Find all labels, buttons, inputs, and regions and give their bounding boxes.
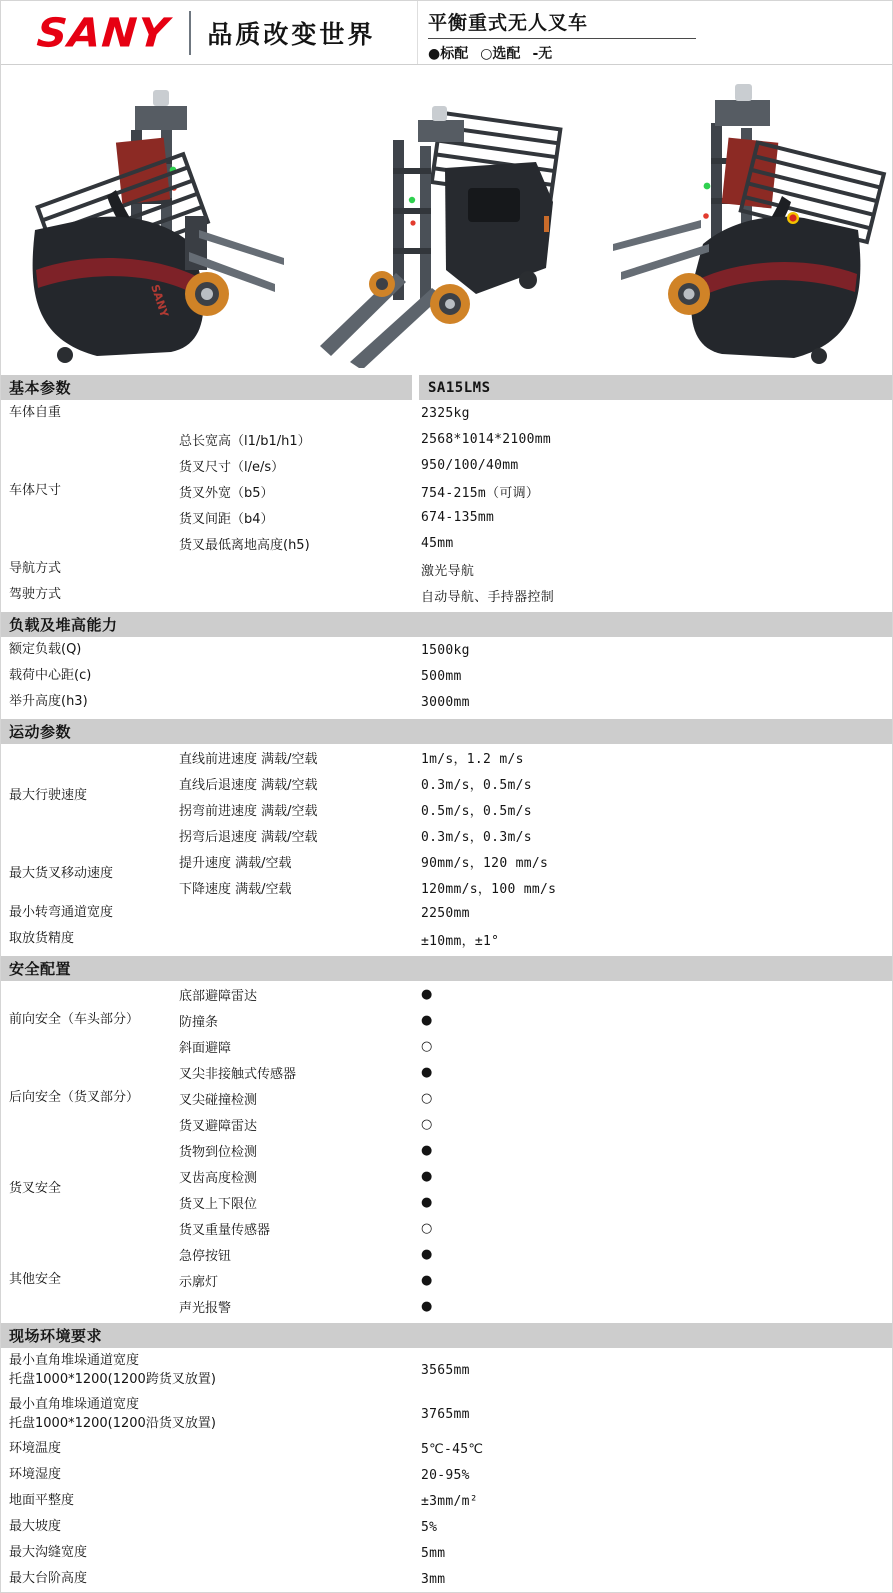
group-rows: 3mm (179, 1566, 892, 1592)
spec-group: 车体尺寸总长宽高（l1/b1/h1）2568*1014*2100mm货叉尺寸（l… (1, 426, 892, 556)
spec-sheet: SANY 品质改变世界 平衡重式无人叉车 ●标配 ○选配 -无 (0, 0, 893, 1593)
product-images: SANY (1, 65, 892, 371)
spec-group: 最小直角堆垛通道宽度 托盘1000*1200(1200沿货叉放置)3765mm (1, 1392, 892, 1436)
spec-row: 提升速度 满载/空载90mm/s，120 mm/s (179, 848, 892, 874)
group-rows: 急停按钮●示廓灯●声光报警● (179, 1241, 892, 1319)
spec-value: 3765mm (413, 1407, 892, 1422)
sub-label: 下降速度 满载/空载 (179, 878, 413, 897)
caster-wheel (57, 347, 73, 363)
group-label: 最小转弯通道宽度 (1, 900, 179, 926)
sub-label: 叉尖非接触式传感器 (179, 1063, 413, 1082)
spec-group: 载荷中心距(c)500mm (1, 663, 892, 689)
spec-value: 0.3m/s，0.5m/s (413, 774, 892, 793)
group-label: 驾驶方式 (1, 582, 179, 608)
spec-row: 激光导航 (179, 556, 892, 582)
group-rows: 叉尖非接触式传感器●叉尖碰撞检测○货叉避障雷达○ (179, 1059, 892, 1137)
group-label: 最大货叉移动速度 (1, 848, 179, 900)
availability-marker: ○ (413, 1039, 892, 1054)
spec-group: 环境湿度20-95% (1, 1462, 892, 1488)
group-label: 取放货精度 (1, 926, 179, 952)
section-band: 现场环境要求 (1, 1323, 892, 1348)
spec-group: 最大货叉移动速度提升速度 满载/空载90mm/s，120 mm/s下降速度 满载… (1, 848, 892, 900)
sany-logo: SANY (36, 13, 171, 53)
spec-group: 货叉安全货物到位检测●叉齿高度检测●货叉上下限位●货叉重量传感器○ (1, 1137, 892, 1241)
group-rows: 20-95% (179, 1462, 892, 1488)
spec-row: ±10mm，±1° (179, 926, 892, 952)
spec-value: ±10mm，±1° (413, 930, 892, 949)
spec-value: 950/100/40mm (413, 458, 892, 473)
availability-marker: ● (413, 1299, 892, 1314)
spec-group: 车体自重2325kg (1, 400, 892, 426)
sub-label: 货叉最低离地高度(h5) (179, 534, 413, 553)
group-rows: 5℃-45℃ (179, 1436, 892, 1462)
group-label: 最小直角堆垛通道宽度 托盘1000*1200(1200沿货叉放置) (1, 1392, 413, 1436)
spec-group: 地面平整度±3mm/m² (1, 1488, 892, 1514)
forklift-render-center (300, 68, 593, 368)
spec-row: 20-95% (179, 1462, 892, 1488)
spec-group: 举升高度(h3)3000mm (1, 689, 892, 715)
spec-row: 叉尖非接触式传感器● (179, 1059, 892, 1085)
sub-label: 拐弯后退速度 满载/空载 (179, 826, 413, 845)
spec-row: 500mm (179, 663, 892, 689)
spec-group: 后向安全（货叉部分）叉尖非接触式传感器●叉尖碰撞检测○货叉避障雷达○ (1, 1059, 892, 1137)
spec-row: 2250mm (179, 900, 892, 926)
spec-row: 3765mm (413, 1392, 892, 1436)
status-light-green (409, 197, 415, 203)
spec-row: 叉尖碰撞检测○ (179, 1085, 892, 1111)
sub-label: 急停按钮 (179, 1245, 413, 1264)
spec-value: 20-95% (413, 1468, 892, 1483)
spec-row: 5℃-45℃ (179, 1436, 892, 1462)
front-wheel-hub (376, 278, 388, 290)
spec-value: 3000mm (413, 695, 892, 710)
group-rows: 提升速度 满载/空载90mm/s，120 mm/s下降速度 满载/空载120mm… (179, 848, 892, 900)
group-rows: 5mm (179, 1540, 892, 1566)
spec-row: 直线前进速度 满载/空载1m/s，1.2 m/s (179, 744, 892, 770)
availability-marker: ● (413, 1195, 892, 1210)
spec-row: 3mm (179, 1566, 892, 1592)
caster-wheel (811, 348, 827, 364)
spec-value: 2325kg (413, 406, 892, 421)
page-header: SANY 品质改变世界 平衡重式无人叉车 ●标配 ○选配 -无 (1, 1, 892, 65)
spec-group: 额定负载(Q)1500kg (1, 637, 892, 663)
group-label: 举升高度(h3) (1, 689, 179, 715)
group-rows: 3000mm (179, 689, 892, 715)
product-title-area: 平衡重式无人叉车 ●标配 ○选配 -无 (418, 1, 892, 64)
legend-none: -无 (532, 43, 552, 63)
section-band: 运动参数 (1, 719, 892, 744)
sub-label: 底部避障雷达 (179, 985, 413, 1004)
spec-value: 5℃-45℃ (413, 1442, 892, 1457)
sub-label: 货叉避障雷达 (179, 1115, 413, 1134)
spec-value: 674-135mm (413, 510, 892, 525)
section-band: 负载及堆高能力 (1, 612, 892, 637)
sub-label: 货物到位检测 (179, 1141, 413, 1160)
side-marker (544, 216, 549, 232)
group-rows: 500mm (179, 663, 892, 689)
availability-marker: ● (413, 1273, 892, 1288)
spec-row: 货叉尺寸（l/e/s）950/100/40mm (179, 452, 892, 478)
spec-row: 货叉重量传感器○ (179, 1215, 892, 1241)
spec-group: 驾驶方式自动导航、手持器控制 (1, 582, 892, 608)
spec-row: 2325kg (179, 400, 892, 426)
group-rows: 2250mm (179, 900, 892, 926)
spec-group: 最大台阶高度3mm (1, 1566, 892, 1592)
section-title: 安全配置 (1, 958, 71, 979)
availability-marker: ● (413, 1143, 892, 1158)
sub-label: 直线后退速度 满载/空载 (179, 774, 413, 793)
sub-label: 拐弯前进速度 满载/空载 (179, 800, 413, 819)
spec-group: 其他安全急停按钮●示廓灯●声光报警● (1, 1241, 892, 1319)
spec-row: 货叉上下限位● (179, 1189, 892, 1215)
group-rows: ±3mm/m² (179, 1488, 892, 1514)
group-label: 其他安全 (1, 1241, 179, 1319)
availability-marker: ● (413, 1065, 892, 1080)
spec-row: 5mm (179, 1540, 892, 1566)
spec-row: 自动导航、手持器控制 (179, 582, 892, 608)
legend-optional: ○选配 (480, 43, 520, 63)
spec-row: 3000mm (179, 689, 892, 715)
spec-row: 示廓灯● (179, 1267, 892, 1293)
group-label: 最大行驶速度 (1, 744, 179, 848)
sub-label: 货叉上下限位 (179, 1193, 413, 1212)
group-label: 车体自重 (1, 400, 179, 426)
estop-button (789, 214, 796, 221)
sub-label: 斜面避障 (179, 1037, 413, 1056)
spec-row: 货叉外宽（b5）754-215m（可调） (179, 478, 892, 504)
group-label: 最大坡度 (1, 1514, 179, 1540)
section-title: 运动参数 (1, 721, 71, 742)
group-label: 环境湿度 (1, 1462, 179, 1488)
section-band: 基本参数SA15LMS (1, 375, 892, 400)
spec-row: 叉齿高度检测● (179, 1163, 892, 1189)
spec-group: 最大行驶速度直线前进速度 满载/空载1m/s，1.2 m/s直线后退速度 满载/… (1, 744, 892, 848)
spec-group: 最小直角堆垛通道宽度 托盘1000*1200(1200跨货叉放置)3565mm (1, 1348, 892, 1392)
spec-value: 45mm (413, 536, 892, 551)
group-label: 最大沟缝宽度 (1, 1540, 179, 1566)
spec-row: 底部避障雷达● (179, 981, 892, 1007)
group-label: 最大台阶高度 (1, 1566, 179, 1592)
group-rows: 自动导航、手持器控制 (179, 582, 892, 608)
sub-label: 货叉重量传感器 (179, 1219, 413, 1238)
spec-value: 5% (413, 1520, 892, 1535)
sub-label: 叉齿高度检测 (179, 1167, 413, 1186)
availability-marker: ● (413, 1013, 892, 1028)
sub-label: 货叉尺寸（l/e/s） (179, 456, 413, 475)
spec-value: 1500kg (413, 643, 892, 658)
spec-value: 0.3m/s，0.3m/s (413, 826, 892, 845)
group-label: 地面平整度 (1, 1488, 179, 1514)
spec-row: 防撞条● (179, 1007, 892, 1033)
spec-group: 环境温度5℃-45℃ (1, 1436, 892, 1462)
group-rows: 1500kg (179, 637, 892, 663)
spec-value: 754-215m（可调） (413, 482, 892, 501)
group-rows: 激光导航 (179, 556, 892, 582)
group-label: 载荷中心距(c) (1, 663, 179, 689)
section-band-gap (412, 375, 419, 400)
body-console (468, 188, 520, 222)
spec-row: 斜面避障○ (179, 1033, 892, 1059)
group-rows: 直线前进速度 满载/空载1m/s，1.2 m/s直线后退速度 满载/空载0.3m… (179, 744, 892, 848)
spec-row: 拐弯前进速度 满载/空载0.5m/s，0.5m/s (179, 796, 892, 822)
sub-label: 货叉间距（b4） (179, 508, 413, 527)
availability-marker: ○ (413, 1221, 892, 1236)
spec-group: 最大坡度5% (1, 1514, 892, 1540)
group-label: 额定负载(Q) (1, 637, 179, 663)
spec-value: 5mm (413, 1546, 892, 1561)
spec-group: 取放货精度±10mm，±1° (1, 926, 892, 952)
forks (613, 220, 709, 280)
forklift-render-left: SANY (3, 68, 296, 368)
spec-row: 1500kg (179, 637, 892, 663)
sub-label: 货叉外宽（b5） (179, 482, 413, 501)
spec-value: 2250mm (413, 906, 892, 921)
spec-row: 3565mm (413, 1348, 892, 1392)
sub-label: 总长宽高（l1/b1/h1） (179, 430, 413, 449)
spec-row: 货物到位检测● (179, 1137, 892, 1163)
group-rows: 货物到位检测●叉齿高度检测●货叉上下限位●货叉重量传感器○ (179, 1137, 892, 1241)
group-label: 车体尺寸 (1, 426, 179, 556)
spec-group: 导航方式激光导航 (1, 556, 892, 582)
section-band: 安全配置 (1, 956, 892, 981)
vehicle-body (445, 162, 553, 294)
spec-value: 120mm/s，100 mm/s (413, 878, 892, 897)
section-title: 现场环境要求 (1, 1325, 102, 1346)
drive-wheel (430, 284, 470, 324)
mast-red-panel (116, 138, 170, 205)
sub-label: 提升速度 满载/空载 (179, 852, 413, 871)
sub-label: 直线前进速度 满载/空载 (179, 748, 413, 767)
spec-value: 90mm/s，120 mm/s (413, 852, 892, 871)
spec-row: 下降速度 满载/空载120mm/s，100 mm/s (179, 874, 892, 900)
spec-value: 0.5m/s，0.5m/s (413, 800, 892, 819)
spec-value: 1m/s，1.2 m/s (413, 748, 892, 767)
spec-group: 最大沟缝宽度5mm (1, 1540, 892, 1566)
spec-group: 最小转弯通道宽度2250mm (1, 900, 892, 926)
group-label: 最小直角堆垛通道宽度 托盘1000*1200(1200跨货叉放置) (1, 1348, 413, 1392)
brand-tagline: 品质改变世界 (207, 15, 375, 51)
group-rows: ±10mm，±1° (179, 926, 892, 952)
spec-row: 总长宽高（l1/b1/h1）2568*1014*2100mm (179, 426, 892, 452)
caster-wheel (519, 271, 537, 289)
status-light-green (704, 183, 711, 190)
brand-divider (189, 11, 191, 55)
status-light-red (410, 220, 415, 225)
section-title: 负载及堆高能力 (1, 614, 118, 635)
section-title: 基本参数 (1, 377, 71, 398)
group-label: 后向安全（货叉部分） (1, 1059, 179, 1137)
spec-value: 2568*1014*2100mm (413, 432, 892, 447)
section-band-left: 基本参数 (1, 375, 412, 400)
drive-wheel (185, 272, 229, 316)
drive-wheel (668, 273, 710, 315)
group-label: 环境温度 (1, 1436, 179, 1462)
group-rows: 3565mm (413, 1348, 892, 1392)
status-light-red (703, 213, 709, 219)
spec-row: 急停按钮● (179, 1241, 892, 1267)
model-name: SA15LMS (419, 375, 892, 400)
group-label: 货叉安全 (1, 1137, 179, 1241)
spec-value: ±3mm/m² (413, 1494, 892, 1509)
spec-row: ±3mm/m² (179, 1488, 892, 1514)
availability-marker: ● (413, 987, 892, 1002)
availability-marker: ● (413, 1169, 892, 1184)
spec-row: 货叉避障雷达○ (179, 1111, 892, 1137)
spec-value: 自动导航、手持器控制 (413, 586, 892, 605)
sub-label: 示廓灯 (179, 1271, 413, 1290)
availability-marker: ○ (413, 1117, 892, 1132)
spec-row: 拐弯后退速度 满载/空载0.3m/s，0.3m/s (179, 822, 892, 848)
group-rows: 5% (179, 1514, 892, 1540)
spec-row: 直线后退速度 满载/空载0.3m/s，0.5m/s (179, 770, 892, 796)
group-rows: 2325kg (179, 400, 892, 426)
brand-area: SANY 品质改变世界 (1, 1, 418, 64)
availability-legend: ●标配 ○选配 -无 (428, 43, 892, 63)
group-rows: 底部避障雷达●防撞条●斜面避障○ (179, 981, 892, 1059)
spec-row: 5% (179, 1514, 892, 1540)
spec-value: 3mm (413, 1572, 892, 1587)
spec-value: 激光导航 (413, 560, 892, 579)
spec-row: 声光报警● (179, 1293, 892, 1319)
spec-table: 基本参数SA15LMS车体自重2325kg车体尺寸总长宽高（l1/b1/h1）2… (1, 375, 892, 1592)
sub-label: 叉尖碰撞检测 (179, 1089, 413, 1108)
sub-label: 声光报警 (179, 1297, 413, 1316)
sub-label: 防撞条 (179, 1011, 413, 1030)
availability-marker: ● (413, 1247, 892, 1262)
spec-row: 货叉最低离地高度(h5)45mm (179, 530, 892, 556)
product-title: 平衡重式无人叉车 (428, 8, 892, 35)
title-underline (428, 38, 696, 39)
group-rows: 3765mm (413, 1392, 892, 1436)
availability-marker: ○ (413, 1091, 892, 1106)
spec-value: 3565mm (413, 1363, 892, 1378)
spec-value: 500mm (413, 669, 892, 684)
group-rows: 总长宽高（l1/b1/h1）2568*1014*2100mm货叉尺寸（l/e/s… (179, 426, 892, 556)
group-label: 前向安全（车头部分） (1, 981, 179, 1059)
spec-row: 货叉间距（b4）674-135mm (179, 504, 892, 530)
legend-standard: ●标配 (428, 43, 468, 63)
forklift-render-right (597, 68, 890, 368)
group-label: 导航方式 (1, 556, 179, 582)
spec-group: 前向安全（车头部分）底部避障雷达●防撞条●斜面避障○ (1, 981, 892, 1059)
